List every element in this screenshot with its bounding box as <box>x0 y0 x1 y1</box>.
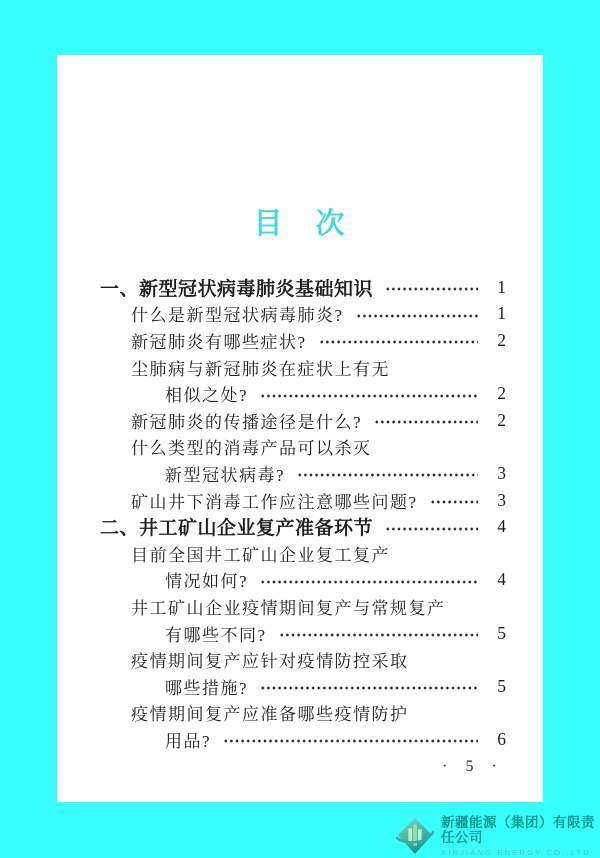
toc-row: 用品? 6 <box>57 726 506 753</box>
toc-entry-text: 相似之处? <box>165 381 248 406</box>
toc-row: 情况如何? 4 <box>57 567 506 594</box>
toc-entry-text: 矿山井下消毒工作应注意哪些问题? <box>131 488 418 513</box>
toc-row: 什么类型的消毒产品可以杀灭 <box>57 434 506 461</box>
toc-entry-text: 新型冠状病毒? <box>165 461 285 486</box>
page-title: 目 次 <box>57 201 543 242</box>
toc-row: 矿山井下消毒工作应注意哪些问题? 3 <box>57 487 506 514</box>
toc-entry-text: 二、井工矿山企业复产准备环节 <box>100 513 373 540</box>
toc-dot-leader <box>430 487 478 514</box>
toc-page-number: 3 <box>486 463 506 484</box>
toc-dot-leader <box>385 513 478 540</box>
toc-row: 新冠肺炎的传播途径是什么? 2 <box>57 407 506 434</box>
toc-dot-leader <box>260 380 478 407</box>
toc-dot-leader <box>260 567 478 594</box>
company-name: 新疆能源（集团）有限责任公司 <box>441 815 600 845</box>
toc-dot-leader <box>319 327 478 354</box>
toc-page-number: 4 <box>486 516 506 537</box>
toc-entry-text: 疫情期间复产应准备哪些疫情防护 <box>131 700 409 725</box>
toc-dot-leader <box>385 274 478 301</box>
toc-row: 一、新型冠状病毒肺炎基础知识 1 <box>57 274 506 301</box>
toc-row: 哪些措施? 5 <box>57 673 506 700</box>
toc-dot-leader <box>297 460 478 487</box>
document-page: 目 次 一、新型冠状病毒肺炎基础知识 1 什么是新型冠状病毒肺炎? 1 新冠肺炎… <box>57 55 543 802</box>
toc-row: 尘肺病与新冠肺炎在症状上有无 <box>57 354 506 381</box>
company-logo-text: 新疆能源（集团）有限责任公司 XINJIANG ENERGY CO.,LTD <box>441 815 600 857</box>
toc-entry-text: 哪些措施? <box>165 674 248 699</box>
toc-page-number: 1 <box>486 303 506 324</box>
toc-entry-text: 新冠肺炎有哪些症状? <box>131 328 307 353</box>
toc-row: 新冠肺炎有哪些症状? 2 <box>57 327 506 354</box>
page-number: · 5 · <box>423 758 523 776</box>
toc-list: 一、新型冠状病毒肺炎基础知识 1 什么是新型冠状病毒肺炎? 1 新冠肺炎有哪些症… <box>57 274 506 753</box>
toc-row: 目前全国井工矿山企业复工复产 <box>57 540 506 567</box>
toc-row: 井工矿山企业疫情期间复产与常规复产 <box>57 593 506 620</box>
toc-page-number: 5 <box>486 676 506 697</box>
toc-entry-text: 疫情期间复产应针对疫情防控采取 <box>131 647 409 672</box>
toc-dot-leader <box>374 407 478 434</box>
toc-page-number: 6 <box>486 729 506 750</box>
toc-entry-text: 用品? <box>165 727 211 752</box>
toc-entry-text: 什么是新型冠状病毒肺炎? <box>131 301 344 326</box>
toc-row: 疫情期间复产应针对疫情防控采取 <box>57 646 506 673</box>
toc-row: 二、井工矿山企业复产准备环节 4 <box>57 513 506 540</box>
toc-dot-leader <box>260 673 478 700</box>
toc-entry-text: 新冠肺炎的传播途径是什么? <box>131 408 362 433</box>
toc-page-number: 3 <box>486 490 506 511</box>
toc-entry-text: 什么类型的消毒产品可以杀灭 <box>131 434 372 459</box>
toc-row: 新型冠状病毒? 3 <box>57 460 506 487</box>
toc-entry-text: 一、新型冠状病毒肺炎基础知识 <box>100 274 373 301</box>
toc-entry-text: 井工矿山企业疫情期间复产与常规复产 <box>131 594 446 619</box>
toc-row: 相似之处? 2 <box>57 380 506 407</box>
toc-dot-leader <box>279 620 478 647</box>
toc-row: 有哪些不同? 5 <box>57 620 506 647</box>
company-logo-icon <box>396 816 434 856</box>
toc-dot-leader <box>356 301 478 328</box>
toc-entry-text: 目前全国井工矿山企业复工复产 <box>131 541 390 566</box>
company-logo: 新疆能源（集团）有限责任公司 XINJIANG ENERGY CO.,LTD <box>396 815 600 857</box>
toc-page-number: 2 <box>486 410 506 431</box>
toc-page-number: 5 <box>486 623 506 644</box>
toc-page-number: 2 <box>486 330 506 351</box>
toc-row: 疫情期间复产应准备哪些疫情防护 <box>57 700 506 727</box>
company-name-english: XINJIANG ENERGY CO.,LTD <box>441 848 600 857</box>
toc-dot-leader <box>223 726 478 753</box>
toc-entry-text: 尘肺病与新冠肺炎在症状上有无 <box>131 355 390 380</box>
toc-row: 什么是新型冠状病毒肺炎? 1 <box>57 301 506 328</box>
toc-entry-text: 情况如何? <box>165 567 248 592</box>
toc-entry-text: 有哪些不同? <box>165 621 267 646</box>
toc-page-number: 2 <box>486 383 506 404</box>
toc-page-number: 4 <box>486 569 506 590</box>
screenshot-canvas: 目 次 一、新型冠状病毒肺炎基础知识 1 什么是新型冠状病毒肺炎? 1 新冠肺炎… <box>0 0 600 858</box>
toc-page-number: 1 <box>486 277 506 298</box>
